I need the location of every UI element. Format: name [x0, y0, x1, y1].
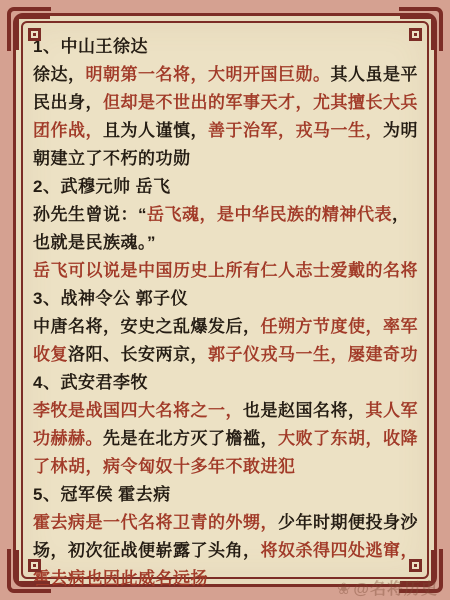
section-heading: 3、战神令公 郭子仪: [33, 285, 424, 313]
corner-square-motif: [409, 559, 422, 572]
flower-icon: ❀: [337, 581, 351, 598]
section: 5、冠军侯 霍去病霍去病是一代名将卫青的外甥，少年时期便投身沙场，初次征战便崭露…: [33, 481, 424, 588]
section-heading: 5、冠军侯 霍去病: [33, 481, 424, 509]
text-segment: 岳飞魂，是中华民族的精神代表: [147, 205, 392, 224]
section-heading: 1、中山王徐达: [33, 33, 424, 61]
text-segment: 先是在北方灭了檐褴，: [103, 429, 278, 448]
section: 3、战神令公 郭子仪中唐名将，安史之乱爆发后，任朔方节度使，率军收复洛阳、长安两…: [33, 285, 424, 369]
section-paragraph: 中唐名将，安史之乱爆发后，任朔方节度使，率军收复洛阳、长安两京，郭子仪戎马一生，…: [33, 313, 424, 369]
text-segment: 中唐名将，安史之乱爆发后，: [33, 317, 261, 336]
section-heading: 2、武穆元帅 岳飞: [33, 173, 424, 201]
text-segment: 徐达，: [33, 65, 86, 84]
text-segment: 李牧是战国四大名将之一，: [33, 401, 243, 420]
section-paragraph: 孙先生曾说：“岳飞魂，是中华民族的精神代表，也就是民族魂。”: [33, 201, 424, 257]
text-segment: 霍去病是一代名将卫青的外甥，: [33, 513, 278, 532]
corner-ornament-bottom-left: [7, 545, 55, 593]
section-paragraph: 岳飞可以说是中国历史上所有仁人志士爱戴的名将: [33, 257, 424, 285]
corner-square-motif: [28, 559, 41, 572]
text-segment: 也是赵国名将，: [243, 401, 366, 420]
corner-square-motif: [28, 28, 41, 41]
text-segment: 郭子仪戎马一生，屡建奇功: [208, 345, 418, 364]
text-segment: 岳飞可以说是中国历史上所有仁人志士爱戴的名将: [33, 261, 418, 280]
corner-ornament-top-right: [395, 7, 443, 55]
text-segment: 孙先生曾说：“: [33, 205, 147, 224]
text-segment: 善于治军，戎马一生，: [208, 121, 383, 140]
section-paragraph: 李牧是战国四大名将之一，也是赵国名将，其人军功赫赫。先是在北方灭了檐褴，大败了东…: [33, 397, 424, 481]
corner-ornament-top-left: [7, 7, 55, 55]
corner-square-motif: [409, 28, 422, 41]
section: 1、中山王徐达徐达，明朝第一名将，大明开国巨勋。其人虽是平民出身，但却是不世出的…: [33, 33, 424, 173]
text-segment: 且为人谨慎，: [103, 121, 208, 140]
watermark-text: @名将历史: [353, 581, 438, 598]
text-segment: 洛阳、长安两京，: [68, 345, 208, 364]
poster: 1、中山王徐达徐达，明朝第一名将，大明开国巨勋。其人虽是平民出身，但却是不世出的…: [0, 0, 450, 600]
section-paragraph: 徐达，明朝第一名将，大明开国巨勋。其人虽是平民出身，但却是不世出的军事天才，尤其…: [33, 61, 424, 173]
section: 4、武安君李牧李牧是战国四大名将之一，也是赵国名将，其人军功赫赫。先是在北方灭了…: [33, 369, 424, 481]
text-segment: 明朝第一名将，大明开国巨勋。: [86, 65, 331, 84]
section: 2、武穆元帅 岳飞孙先生曾说：“岳飞魂，是中华民族的精神代表，也就是民族魂。”岳…: [33, 173, 424, 285]
watermark: ❀@名将历史: [337, 576, 438, 599]
content-area: 1、中山王徐达徐达，明朝第一名将，大明开国巨勋。其人虽是平民出身，但却是不世出的…: [33, 33, 424, 588]
section-heading: 4、武安君李牧: [33, 369, 424, 397]
